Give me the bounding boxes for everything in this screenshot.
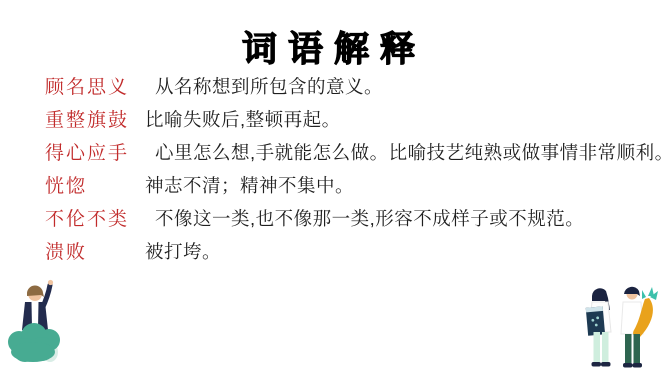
definition-text: 从名称想到所包含的意义。 [145, 73, 383, 99]
definition-row: 恍惚 神志不清；精神不集中。 [45, 171, 648, 204]
term-text: 重整旗鼓 [45, 105, 145, 132]
definition-text: 心里怎么想,手就能怎么做。比喻技艺纯熟或做事情非常顺利。 [145, 139, 668, 165]
leg-icon [602, 332, 609, 362]
person-with-carrot [621, 287, 658, 368]
leg-icon [625, 334, 632, 363]
definition-text: 比喻失败后,整顿再起。 [145, 106, 341, 132]
definition-row: 重整旗鼓 比喻失败后,整顿再起。 [45, 105, 648, 138]
hand-icon [48, 280, 53, 285]
term-text: 溃败 [45, 237, 145, 264]
definition-row: 得心应手 心里怎么想,手就能怎么做。比喻技艺纯熟或做事情非常顺利。 [45, 138, 648, 171]
definition-row: 溃败 被打垮。 [45, 237, 648, 270]
definition-text: 神志不清；精神不集中。 [145, 172, 354, 198]
person-with-board [586, 288, 611, 366]
person-waving-illustration [4, 276, 76, 372]
page-title: 词语解释 [0, 22, 668, 72]
hair-icon [27, 285, 44, 297]
term-text: 不伦不类 [45, 204, 145, 231]
shoe-icon [592, 362, 602, 367]
two-people-illustration [570, 280, 662, 376]
definition-list: 顾名思义 从名称想到所包含的意义。 重整旗鼓 比喻失败后,整顿再起。 得心应手 … [45, 72, 648, 270]
slide: 词语解释 顾名思义 从名称想到所包含的意义。 重整旗鼓 比喻失败后,整顿再起。 … [0, 0, 668, 376]
definition-text: 被打垮。 [145, 238, 221, 264]
board-icon [586, 306, 605, 335]
shoe-icon [623, 363, 633, 368]
bush-icon [8, 323, 60, 362]
leg-icon [594, 332, 601, 362]
term-text: 顾名思义 [45, 72, 145, 99]
term-text: 恍惚 [45, 171, 145, 198]
definition-row: 不伦不类 不像这一类,也不像那一类,形容不成样子或不规范。 [45, 204, 648, 237]
shoe-icon [633, 363, 643, 368]
leg-icon [634, 334, 641, 363]
shoe-icon [601, 362, 611, 367]
definition-row: 顾名思义 从名称想到所包含的意义。 [45, 72, 648, 105]
term-text: 得心应手 [45, 138, 145, 165]
definition-text: 不像这一类,也不像那一类,形容不成样子或不规范。 [145, 205, 584, 231]
